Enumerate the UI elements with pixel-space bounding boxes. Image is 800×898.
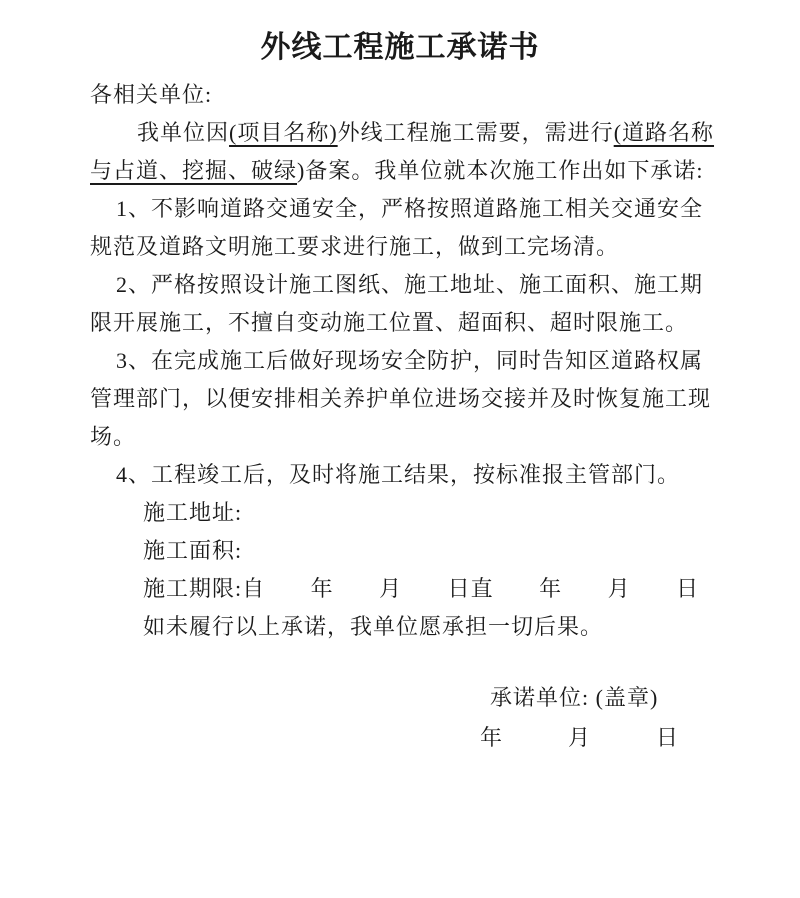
document-title: 外线工程施工承诺书 <box>0 28 800 68</box>
intro-text-1: 我单位因 <box>137 120 229 145</box>
signature-block: 承诺单位: (盖章) 年 月 日 <box>90 678 730 758</box>
intro-line-1: 我单位因(项目名称)外线工程施工需要，需进行(道路名称 <box>90 114 730 152</box>
committing-unit-seal-line: 承诺单位: (盖章) <box>90 678 730 718</box>
construction-address-label: 施工地址: <box>90 494 730 532</box>
road-name-blank-start: (道路名称 <box>614 120 714 145</box>
commitment-item-3-line-2: 管理部门，以便安排相关养护单位进场交接并及时恢复施工现 <box>90 380 730 418</box>
construction-area-label: 施工面积: <box>90 532 730 570</box>
document-body: 各相关单位: 我单位因(项目名称)外线工程施工需要，需进行(道路名称 与占道、挖… <box>90 76 730 758</box>
commitment-item-2-line-2: 限开展施工，不擅自变动施工位置、超面积、超时限施工。 <box>90 304 730 342</box>
signature-date-line: 年 月 日 <box>90 718 730 758</box>
road-name-blank-end: 与占道、挖掘、破绿 <box>90 158 297 183</box>
construction-period-line: 施工期限:自 年 月 日直 年 月 日 <box>90 570 730 608</box>
consequence-line: 如未履行以上承诺，我单位愿承担一切后果。 <box>90 608 730 646</box>
intro-line-2: 与占道、挖掘、破绿)备案。我单位就本次施工作出如下承诺: <box>90 152 730 190</box>
intro-text-2: 外线工程施工需要，需进行 <box>338 120 614 145</box>
commitment-item-3-line-1: 3、在完成施工后做好现场安全防护，同时告知区道路权属 <box>90 342 730 380</box>
project-name-blank: (项目名称) <box>229 120 338 145</box>
commitment-item-4-line-1: 4、工程竣工后，及时将施工结果，按标准报主管部门。 <box>90 456 730 494</box>
commitment-item-1-line-2: 规范及道路文明施工要求进行施工，做到工完场清。 <box>90 228 730 266</box>
commitment-item-3-line-3: 场。 <box>90 418 730 456</box>
commitment-item-2-line-1: 2、严格按照设计施工图纸、施工地址、施工面积、施工期 <box>90 266 730 304</box>
commitment-item-1-line-1: 1、不影响道路交通安全，严格按照道路施工相关交通安全 <box>90 190 730 228</box>
salutation-line: 各相关单位: <box>90 76 730 114</box>
document-page: 外线工程施工承诺书 各相关单位: 我单位因(项目名称)外线工程施工需要，需进行(… <box>0 0 800 898</box>
intro-text-3: )备案。我单位就本次施工作出如下承诺: <box>297 158 703 183</box>
